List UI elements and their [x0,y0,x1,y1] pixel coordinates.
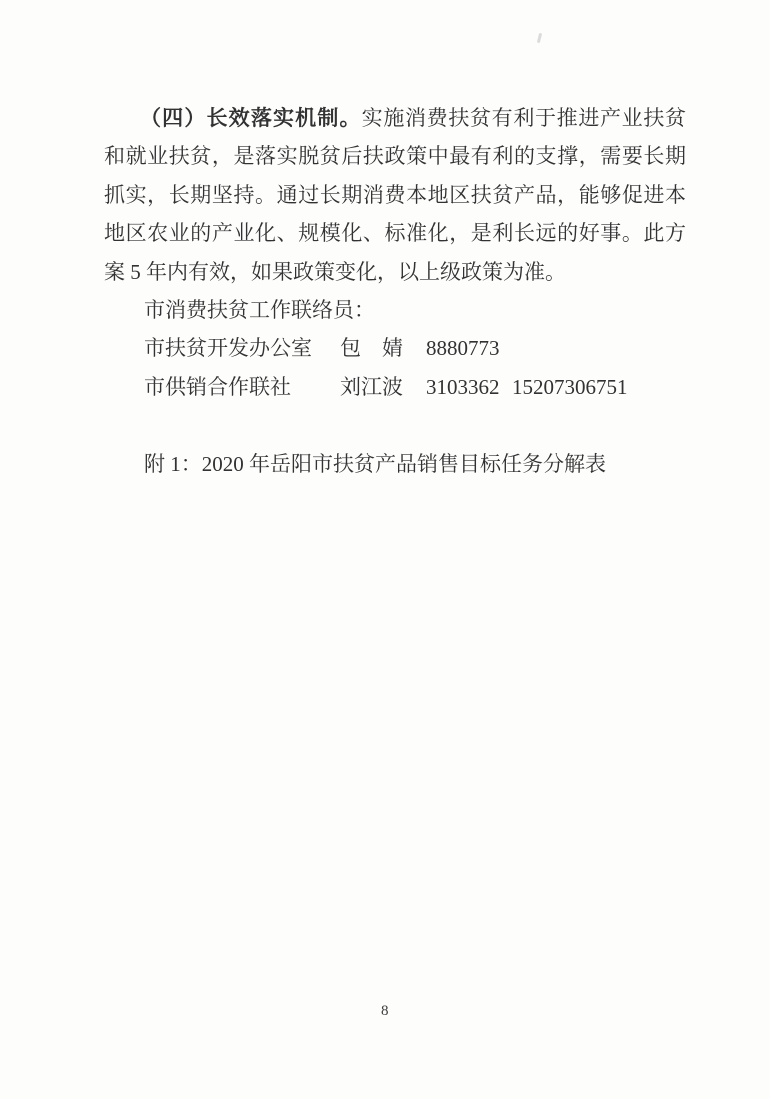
paragraph-line: 抓实，长期坚持。通过长期消费本地区扶贫产品，能够促进本 [104,176,686,214]
contact-mobile: 15207306751 [512,368,628,406]
scan-speck [537,33,542,43]
contact-org: 市供销合作联社 [144,368,291,406]
contact-phone: 8880773 [426,329,500,367]
contact-org: 市扶贫开发办公室 [144,329,312,367]
contact-row: 市供销合作联社 刘江波 3103362 15207306751 [104,368,686,406]
paragraph-text: 实施消费扶贫有利于推进产业扶贫 [362,106,686,130]
document-body: （四）长效落实机制。实施消费扶贫有利于推进产业扶贫 和就业扶贫，是落实脱贫后扶政… [104,99,686,483]
page-number: 8 [0,1003,770,1020]
attachment-note: 附 1：2020 年岳阳市扶贫产品销售目标任务分解表 [104,445,686,483]
paragraph-line: （四）长效落实机制。实施消费扶贫有利于推进产业扶贫 [104,99,686,137]
contact-phone: 3103362 [426,368,500,406]
blank-line [104,406,686,444]
contact-name: 包 婧 [340,329,403,367]
contact-name: 刘江波 [340,368,403,406]
document-page: （四）长效落实机制。实施消费扶贫有利于推进产业扶贫 和就业扶贫，是落实脱贫后扶政… [0,0,770,1099]
section-heading: （四）长效落实机制。 [140,106,362,130]
contact-row: 市扶贫开发办公室 包 婧 8880773 [104,329,686,367]
contacts-heading: 市消费扶贫工作联络员： [104,291,686,329]
paragraph-line: 地区农业的产业化、规模化、标准化，是利长远的好事。此方 [104,214,686,252]
paragraph-line: 案 5 年内有效，如果政策变化，以上级政策为准。 [104,253,686,291]
paragraph-line: 和就业扶贫，是落实脱贫后扶政策中最有利的支撑，需要长期 [104,137,686,175]
